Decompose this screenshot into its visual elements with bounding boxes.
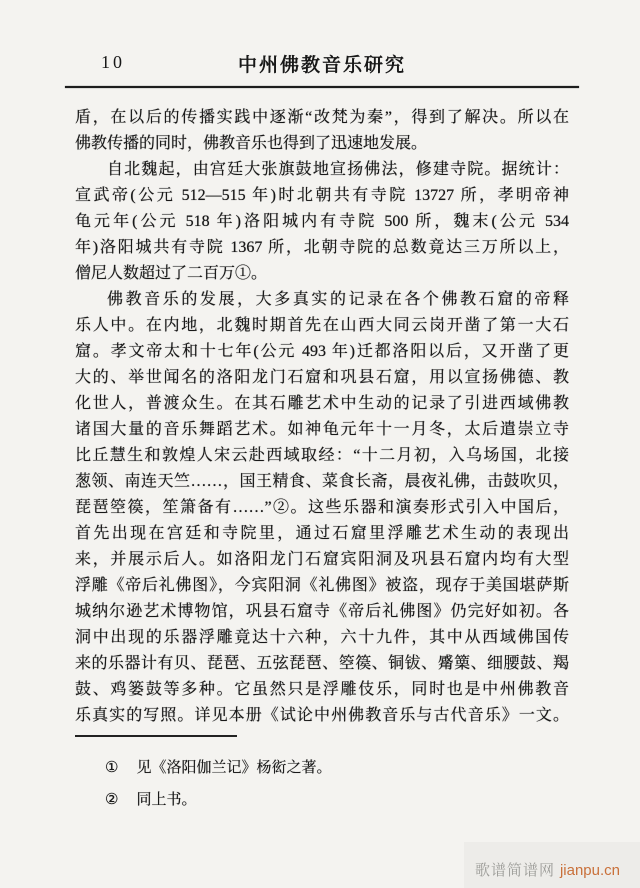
footnote-text: 同上书。 bbox=[136, 792, 196, 808]
body-line: 洞中出现的乐器浮雕竟达十六种，六十九件，其中从西域佛国传 bbox=[75, 625, 569, 651]
body-line: 年)洛阳城共有寺院 1367 所，北朝寺院的总数竟达三万所以上， bbox=[75, 235, 569, 261]
body-line: 诸国大量的音乐舞蹈艺术。如神龟元年十一月冬，太后遣崇立寺 bbox=[75, 417, 569, 443]
body-line: 大的、举世闻名的洛阳龙门石窟和巩县石窟，用以宣扬佛德、教 bbox=[75, 365, 569, 391]
body-line: 窟。孝文帝太和十七年(公元 493 年)迁都洛阳以后，又开凿了更 bbox=[75, 339, 569, 365]
running-header: 10 中州佛教音乐研究 bbox=[75, 50, 569, 76]
body-line: 佛教音乐的发展，大多真实的记录在各个佛教石窟的帝释 bbox=[75, 287, 569, 313]
body-line: 自北魏起，由宫廷大张旗鼓地宣扬佛法，修建寺院。据统计： bbox=[75, 157, 569, 183]
body-line: 城纳尔逊艺术博物馆，巩县石窟寺《帝后礼佛图》仍完好如初。各 bbox=[75, 599, 569, 625]
body-line: 来，并展示后人。如洛阳龙门石窟宾阳洞及巩县石窟内均有大型 bbox=[75, 547, 569, 573]
body-line: 佛教传播的同时，佛教音乐也得到了迅速地发展。 bbox=[75, 131, 569, 157]
body-line: 宣武帝(公元 512—515 年)时北朝共有寺院 13727 所，孝明帝神 bbox=[75, 183, 569, 209]
body-line: 葱领、南连天竺……，国王精食、菜食长斋，晨夜礼佛，击鼓吹贝， bbox=[75, 469, 569, 495]
page-number: 10 bbox=[101, 52, 125, 73]
header-rule bbox=[65, 86, 579, 88]
body-line: 乐人中。在内地，北魏时期首先在山西大同云岗开凿了第一大石 bbox=[75, 313, 569, 339]
body-line: 盾，在以后的传播实践中逐渐“改梵为秦”，得到了解决。所以在 bbox=[75, 105, 569, 131]
body-line: 比丘慧生和敦煌人宋云赴西域取经：“十二月初，入乌场国，北接 bbox=[75, 443, 569, 469]
body-line: 龟元年(公元 518 年)洛阳城内有寺院 500 所，魏末(公元 534 bbox=[75, 209, 569, 235]
footnote-separator bbox=[75, 735, 237, 737]
watermark: 歌谱简谱网jianpu.cn bbox=[475, 859, 620, 880]
body-line: 化世人，普渡众生。在其石雕艺术中生动的记录了引进西域佛教 bbox=[75, 391, 569, 417]
footnote-item: ①见《洛阳伽兰记》杨衒之著。 bbox=[105, 752, 569, 784]
book-title: 中州佛教音乐研究 bbox=[75, 50, 569, 77]
page-content: 10 中州佛教音乐研究 盾，在以后的传播实践中逐渐“改梵为秦”，得到了解决。所以… bbox=[75, 50, 569, 816]
watermark-site-url: jianpu.cn bbox=[560, 862, 620, 879]
body-line: 琵琶箜篌，笙箫备有……”②。这些乐器和演奏形式引入中国后， bbox=[75, 495, 569, 521]
footnote-marker: ① bbox=[105, 752, 118, 784]
watermark-site-name: 歌谱简谱网 bbox=[475, 862, 555, 879]
body-line: 来的乐器计有贝、琵琶、五弦琵琶、箜篌、铜钹、觱篥、细腰鼓、羯 bbox=[75, 651, 569, 677]
body-text: 盾，在以后的传播实践中逐渐“改梵为秦”，得到了解决。所以在 佛教传播的同时，佛教… bbox=[75, 105, 569, 729]
footnote-marker: ② bbox=[105, 784, 118, 816]
footnote-text: 见《洛阳伽兰记》杨衒之著。 bbox=[136, 760, 331, 776]
footnotes: ①见《洛阳伽兰记》杨衒之著。 ②同上书。 bbox=[75, 752, 569, 816]
scanned-book-page: 10 中州佛教音乐研究 盾，在以后的传播实践中逐渐“改梵为秦”，得到了解决。所以… bbox=[0, 0, 640, 888]
body-line: 鼓、鸡篓鼓等多种。它虽然只是浮雕伎乐，同时也是中州佛教音 bbox=[75, 677, 569, 703]
footnote-item: ②同上书。 bbox=[105, 784, 569, 816]
body-line: 僧尼人数超过了二百万①。 bbox=[75, 261, 569, 287]
body-line: 浮雕《帝后礼佛图》，今宾阳洞《礼佛图》被盗，现存于美国堪萨斯 bbox=[75, 573, 569, 599]
body-line: 乐真实的写照。详见本册《试论中州佛教音乐与古代音乐》一文。 bbox=[75, 703, 569, 729]
body-line: 首先出现在宫廷和寺院里，通过石窟里浮雕艺术生动的表现出 bbox=[75, 521, 569, 547]
